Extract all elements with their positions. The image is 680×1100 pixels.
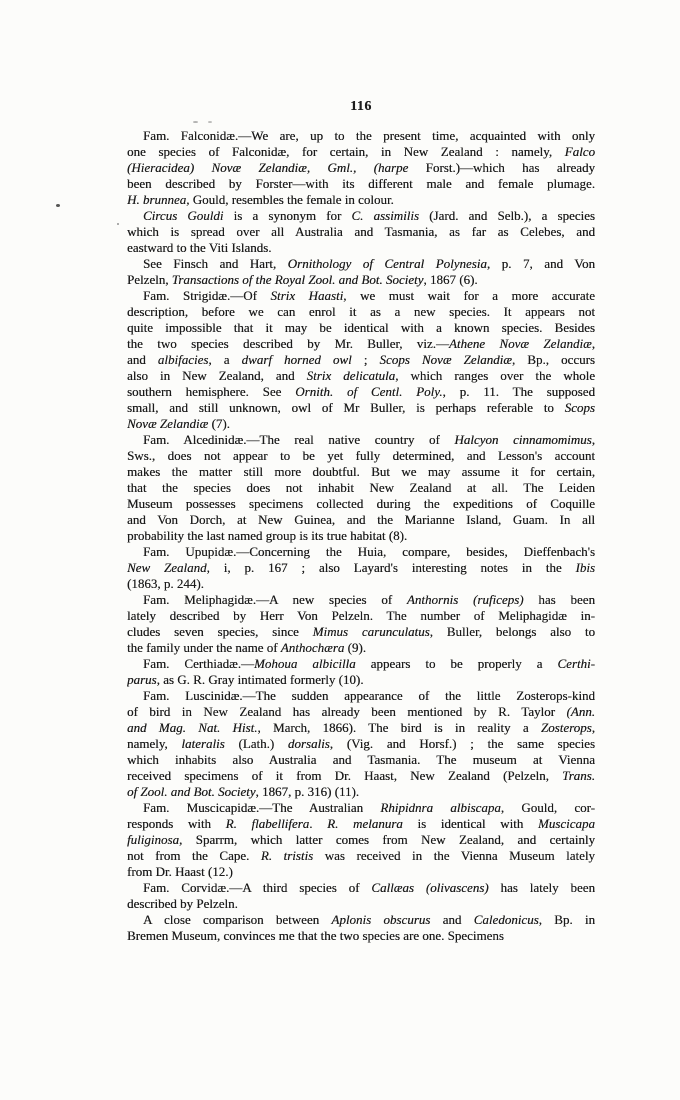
paragraph: See Finsch and Hart, Ornithology of Cent…	[127, 256, 595, 288]
species-name: Scops Novæ Zelandiæ	[379, 352, 512, 367]
text-segment: Fam. Certhiadæ.—	[143, 656, 254, 671]
text-segment: Fam. Muscicapidæ.—The Australian	[143, 800, 380, 815]
text-segment: , i, p. 167 ; also Layard's interesting …	[207, 560, 576, 575]
text-line: eastward to the Viti Islands.	[127, 240, 595, 256]
text-segment: , Sparrm, which latter comes from New Ze…	[179, 832, 595, 847]
text-segment: , Bp., occurs	[512, 352, 595, 367]
text-segment: one species of Falconidæ, for certain, i…	[127, 144, 565, 159]
species-name: Zosterops	[541, 720, 592, 735]
scanned-page: 116 Fam. Falconidæ.—We are, up to the pr…	[0, 0, 680, 1100]
text-segment: the two species described by Mr. Buller,…	[127, 336, 449, 351]
text-line: New Zealand, i, p. 167 ; also Layard's i…	[127, 560, 595, 576]
text-segment: which inhabits also Australia and Tasman…	[127, 752, 595, 767]
text-segment: Fam. Luscinidæ.—The sudden appearance of…	[143, 688, 595, 703]
text-segment: .	[309, 816, 327, 831]
paragraph: Circus Gouldi is a synonym for C. assimi…	[127, 208, 595, 256]
text-segment: namely,	[127, 736, 181, 751]
text-segment: has lately been	[489, 880, 595, 895]
text-line: (1863, p. 244).	[127, 576, 595, 592]
text-segment: , p. 11. The supposed	[443, 384, 595, 399]
text-line: Fam. Falconidæ.—We are, up to the presen…	[127, 128, 595, 144]
paragraph: Fam. Strigidæ.—Of Strix Haasti, we must …	[127, 288, 595, 432]
text-segment: , Bp. in	[539, 912, 595, 927]
text-line: Fam. Muscicapidæ.—The Australian Rhipidn…	[127, 800, 595, 816]
text-line: the two species described by Mr. Buller,…	[127, 336, 595, 352]
species-name: (Ann.	[566, 704, 595, 719]
text-line: See Finsch and Hart, Ornithology of Cent…	[127, 256, 595, 272]
text-segment: is identical with	[403, 816, 538, 831]
text-segment: Gould, resembles the female in colour.	[189, 192, 393, 207]
species-name: Certhi-	[557, 656, 595, 671]
text-segment: , 1867 (6).	[423, 272, 477, 287]
text-line: parus, as G. R. Gray intimated formerly …	[127, 672, 595, 688]
text-line: quite impossible that it may be identica…	[127, 320, 595, 336]
species-name: R. flabellifera	[226, 816, 310, 831]
species-name: Halcyon cinnamomimus	[454, 432, 591, 447]
text-line: Pelzeln, Transactions of the Royal Zool.…	[127, 272, 595, 288]
species-name: dwarf horned owl	[242, 352, 352, 367]
paragraph: Fam. Meliphagidæ.—A new species of Antho…	[127, 592, 595, 656]
text-segment: , Buller, belongs also to	[430, 624, 595, 639]
text-line: southern hemisphere. See Ornith. of Cent…	[127, 384, 595, 400]
text-line: Fam. Upupidæ.—Concerning the Huia, compa…	[127, 544, 595, 560]
text-segment: appears to be properly a	[356, 656, 558, 671]
text-segment: Bremen Museum, convinces me that the two…	[127, 928, 504, 943]
species-name: albifacies	[158, 352, 209, 367]
text-segment: Pelzeln,	[127, 272, 172, 287]
text-line: H. brunnea, Gould, resembles the female …	[127, 192, 595, 208]
text-segment: and	[430, 912, 473, 927]
text-segment: ,	[592, 432, 595, 447]
paragraph: Fam. Luscinidæ.—The sudden appearance of…	[127, 688, 595, 800]
paragraph: Fam. Muscicapidæ.—The Australian Rhipidn…	[127, 800, 595, 880]
text-segment: probability the last named group is its …	[127, 528, 407, 543]
text-segment: and	[127, 352, 158, 367]
species-name: Mimus carunculatus	[313, 624, 430, 639]
text-line: of bird in New Zealand has already been …	[127, 704, 595, 720]
species-name: Circus Gouldi	[143, 208, 223, 223]
text-segment: from Dr. Haast (12.)	[127, 864, 233, 879]
text-segment: which is spread over all Australia and T…	[127, 224, 595, 239]
text-line: namely, lateralis (Lath.) dorsalis, (Vig…	[127, 736, 595, 752]
text-segment: Sws., does not appear to be yet fully de…	[127, 448, 595, 463]
text-segment: Fam. Meliphagidæ.—A new species of	[143, 592, 407, 607]
species-name: Scops	[565, 400, 595, 415]
text-segment: Forst.)—which has already	[408, 160, 595, 175]
text-line: Sws., does not appear to be yet fully de…	[127, 448, 595, 464]
text-line: from Dr. Haast (12.)	[127, 864, 595, 880]
text-line: fuliginosa, Sparrm, which latter comes f…	[127, 832, 595, 848]
text-segment: , as G. R. Gray intimated formerly (10).	[157, 672, 364, 687]
text-segment: , Gould, cor-	[501, 800, 595, 815]
ink-speck	[56, 204, 60, 207]
text-line: Bremen Museum, convinces me that the two…	[127, 928, 595, 944]
text-line: A close comparison between Aplonis obscu…	[127, 912, 595, 928]
species-name: R. melanura	[327, 816, 403, 831]
text-line: makes the matter still more doubtful. Bu…	[127, 464, 595, 480]
text-line: and Von Dorch, at New Guinea, and the Ma…	[127, 512, 595, 528]
text-segment: lately described by Herr Von Pelzeln. Th…	[127, 608, 595, 623]
text-line: Museum possesses specimens collected dur…	[127, 496, 595, 512]
text-segment: eastward to the Viti Islands.	[127, 240, 271, 255]
page-number: 116	[127, 99, 595, 115]
text-segment: Fam. Strigidæ.—Of	[143, 288, 270, 303]
text-segment: (Jard. and Selb.), a species	[419, 208, 595, 223]
text-segment: small, and still unknown, owl of Mr Bull…	[127, 400, 565, 415]
species-name: parus	[127, 672, 157, 687]
ink-speck	[208, 121, 212, 123]
text-segment: ,	[592, 336, 595, 351]
text-segment: , (Vig. and Horsf.) ; the same species	[330, 736, 595, 751]
text-segment: quite impossible that it may be identica…	[127, 320, 595, 335]
text-segment: A close comparison between	[143, 912, 331, 927]
text-line: not from the Cape. R. tristis was receiv…	[127, 848, 595, 864]
text-segment: is a synonym for	[223, 208, 351, 223]
text-line: described by Pelzeln.	[127, 896, 595, 912]
text-segment: cludes seven species, since	[127, 624, 313, 639]
text-line: Circus Gouldi is a synonym for C. assimi…	[127, 208, 595, 224]
species-name: Novæ Zelandiæ	[127, 416, 208, 431]
species-name: Transactions of the Royal Zool. and Bot.…	[172, 272, 424, 287]
text-line: cludes seven species, since Mimus carunc…	[127, 624, 595, 640]
text-line: Novæ Zelandiæ (7).	[127, 416, 595, 432]
text-line: and albifacies, a dwarf horned owl ; Sco…	[127, 352, 595, 368]
species-name: H. brunnea,	[127, 192, 189, 207]
text-segment: Fam. Upupidæ.—Concerning the Huia, compa…	[143, 544, 595, 559]
species-name: Ibis	[576, 560, 596, 575]
species-name: fuliginosa	[127, 832, 179, 847]
text-segment: responds with	[127, 816, 226, 831]
text-line: Fam. Alcedinidæ.—The real native country…	[127, 432, 595, 448]
text-segment: description, before we can enrol it as a…	[127, 304, 595, 319]
species-name: Mohoua albicilla	[254, 656, 356, 671]
page-body: Fam. Falconidæ.—We are, up to the presen…	[127, 128, 595, 944]
text-segment: has been	[524, 592, 595, 607]
text-line: Fam. Strigidæ.—Of Strix Haasti, we must …	[127, 288, 595, 304]
text-line: small, and still unknown, owl of Mr Bull…	[127, 400, 595, 416]
text-segment: (1863, p. 244).	[127, 576, 204, 591]
text-segment: of bird in New Zealand has already been …	[127, 704, 566, 719]
text-segment: the family under the name of	[127, 640, 281, 655]
text-segment: (9).	[344, 640, 366, 655]
species-name: and Mag. Nat. Hist.	[127, 720, 257, 735]
text-segment: (Lath.)	[225, 736, 288, 751]
text-line: one species of Falconidæ, for certain, i…	[127, 144, 595, 160]
species-name: Falco	[565, 144, 595, 159]
text-line: description, before we can enrol it as a…	[127, 304, 595, 320]
species-name: Strix Haasti	[270, 288, 343, 303]
species-name: Aplonis obscurus	[331, 912, 430, 927]
species-name: Trans.	[562, 768, 595, 783]
species-name: Caledonicus	[474, 912, 539, 927]
text-segment: , 1867, p. 316) (11).	[256, 784, 360, 799]
paragraph: Fam. Falconidæ.—We are, up to the presen…	[127, 128, 595, 208]
text-line: been described by Forster—with its diffe…	[127, 176, 595, 192]
species-name: of Zool. and Bot. Society	[127, 784, 256, 799]
paragraph: Fam. Certhiadæ.—Mohoua albicilla appears…	[127, 656, 595, 688]
text-segment: See Finsch and Hart,	[143, 256, 288, 271]
text-segment: was received in the Vienna Museum lately	[313, 848, 595, 863]
species-name: Rhipidnra albiscapa	[380, 800, 501, 815]
text-line: which is spread over all Australia and T…	[127, 224, 595, 240]
species-name: lateralis	[181, 736, 224, 751]
text-line: Fam. Certhiadæ.—Mohoua albicilla appears…	[127, 656, 595, 672]
ink-speck	[117, 223, 119, 225]
text-line: that the species does not inhabit New Ze…	[127, 480, 595, 496]
text-segment: not from the Cape.	[127, 848, 261, 863]
text-line: received specimens of it from Dr. Haast,…	[127, 768, 595, 784]
text-segment: (7).	[208, 416, 230, 431]
text-line: which inhabits also Australia and Tasman…	[127, 752, 595, 768]
paragraph: Fam. Upupidæ.—Concerning the Huia, compa…	[127, 544, 595, 592]
text-segment: , a	[208, 352, 241, 367]
species-name: Athene Novæ Zelandiæ	[449, 336, 592, 351]
text-line: and Mag. Nat. Hist., March, 1866). The b…	[127, 720, 595, 736]
text-segment: been described by Forster—with its diffe…	[127, 176, 595, 191]
text-segment: Museum possesses specimens collected dur…	[127, 496, 595, 511]
text-segment: described by Pelzeln.	[127, 896, 238, 911]
text-segment: ,	[592, 720, 595, 735]
text-line: of Zool. and Bot. Society, 1867, p. 316)…	[127, 784, 595, 800]
text-segment: , we must wait for a more accurate	[343, 288, 595, 303]
text-line: lately described by Herr Von Pelzeln. Th…	[127, 608, 595, 624]
text-segment: southern hemisphere. See	[127, 384, 295, 399]
text-line: the family under the name of Anthochæra …	[127, 640, 595, 656]
text-segment: also in New Zealand, and	[127, 368, 307, 383]
text-segment: Fam. Falconidæ.—We are, up to the presen…	[143, 128, 595, 143]
text-line: also in New Zealand, and Strix delicatul…	[127, 368, 595, 384]
paragraph: Fam. Corvidæ.—A third species of Callæas…	[127, 880, 595, 912]
species-name: Ornith. of Centl. Poly.	[295, 384, 442, 399]
text-line: responds with R. flabellifera. R. melanu…	[127, 816, 595, 832]
species-name: Callæas (olivascens)	[371, 880, 488, 895]
text-segment: and Von Dorch, at New Guinea, and the Ma…	[127, 512, 595, 527]
text-segment: makes the matter still more doubtful. Bu…	[127, 464, 595, 479]
text-line: Fam. Luscinidæ.—The sudden appearance of…	[127, 688, 595, 704]
paragraph: A close comparison between Aplonis obscu…	[127, 912, 595, 944]
text-segment: , March, 1866). The bird is in reality a	[257, 720, 540, 735]
species-name: dorsalis	[288, 736, 330, 751]
text-segment: , which ranges over the whole	[395, 368, 595, 383]
species-name: Anthochæra	[281, 640, 345, 655]
species-name: Ornithology of Central Polynesia	[288, 256, 487, 271]
text-line: probability the last named group is its …	[127, 528, 595, 544]
species-name: New Zealand	[127, 560, 207, 575]
text-line: Fam. Meliphagidæ.—A new species of Antho…	[127, 592, 595, 608]
species-name: R. tristis	[261, 848, 313, 863]
species-name: C. assimilis	[351, 208, 419, 223]
ink-speck	[193, 121, 198, 123]
text-segment: Fam. Corvidæ.—A third species of	[143, 880, 371, 895]
text-segment: Fam. Alcedinidæ.—The real native country…	[143, 432, 454, 447]
text-line: Fam. Corvidæ.—A third species of Callæas…	[127, 880, 595, 896]
text-segment: , p. 7, and Von	[487, 256, 595, 271]
species-name: Muscicapa	[538, 816, 595, 831]
species-name: Strix delicatula	[307, 368, 396, 383]
species-name: Anthornis (ruficeps)	[407, 592, 524, 607]
text-segment: that the species does not inhabit New Ze…	[127, 480, 595, 495]
text-line: (Hieracidea) Novæ Zelandiæ, Gml., (harpe…	[127, 160, 595, 176]
text-segment: ;	[352, 352, 380, 367]
text-segment: received specimens of it from Dr. Haast,…	[127, 768, 562, 783]
species-name: (Hieracidea) Novæ Zelandiæ, Gml., (harpe	[127, 160, 408, 175]
paragraph: Fam. Alcedinidæ.—The real native country…	[127, 432, 595, 544]
